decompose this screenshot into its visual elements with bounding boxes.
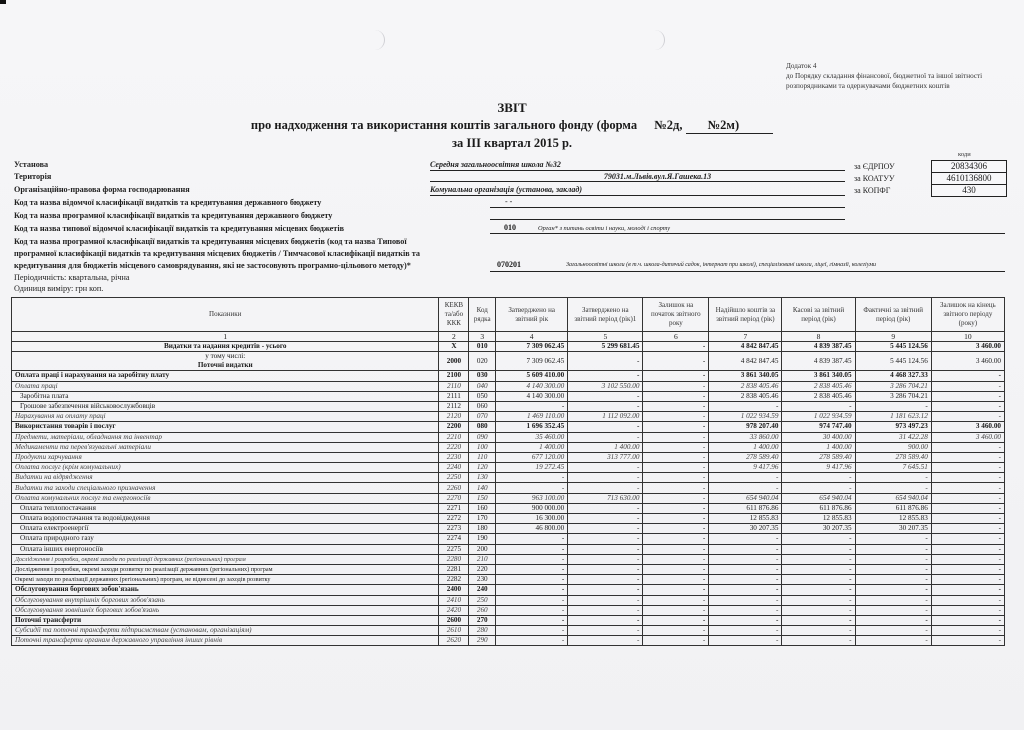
row-value-c5: - bbox=[568, 352, 643, 371]
institution-label: Установа bbox=[14, 160, 48, 169]
table-row: Обслуговування боргових зобов'язань24002… bbox=[12, 585, 1005, 595]
row-value-c4: - bbox=[496, 401, 568, 411]
row-value-c4: 1 469 110.00 bbox=[496, 412, 568, 422]
institution-value: Середня загальноосвітня школа №32 bbox=[430, 159, 845, 171]
row-indicator-name: Поточні трансферти органам державного уп… bbox=[12, 636, 439, 646]
row-value-c7: - bbox=[709, 483, 782, 493]
punch-hole-mark bbox=[370, 30, 385, 50]
row-value-c5: - bbox=[568, 544, 643, 554]
row-value-c5: - bbox=[568, 554, 643, 564]
row-value-c8: 2 838 405.46 bbox=[782, 391, 855, 401]
column-index: 7 bbox=[709, 332, 782, 342]
row-value-c7: - bbox=[709, 534, 782, 544]
row-value-c6: - bbox=[643, 595, 709, 605]
row-code: 250 bbox=[469, 595, 496, 605]
row-value-c7: 654 940.04 bbox=[709, 493, 782, 503]
row-value-c8: - bbox=[782, 544, 855, 554]
row-value-c9: - bbox=[855, 564, 931, 574]
column-index: 10 bbox=[931, 332, 1004, 342]
row-value-c9: 278 589.40 bbox=[855, 452, 931, 462]
unit-of-measure: Одиниця виміру: грн коп. bbox=[14, 284, 103, 293]
territory-value: 79031.м.Львів.вул.Я.Гашека.13 bbox=[430, 171, 845, 182]
row-indicator-name: Дослідження і розробки, окремі заходи по… bbox=[12, 554, 439, 564]
row-value-c9: 900.00 bbox=[855, 442, 931, 452]
row-value-c5: - bbox=[568, 514, 643, 524]
row-value-c4: - bbox=[496, 575, 568, 585]
prog-class-label: Код та назва програмної класифікації вид… bbox=[14, 211, 332, 220]
row-value-c5: - bbox=[568, 605, 643, 615]
row-kekv: 2200 bbox=[439, 422, 469, 432]
row-value-c5: - bbox=[568, 371, 643, 381]
row-indicator-name: Видатки на відрядження bbox=[12, 473, 439, 483]
col-row-code-header: Код рядка bbox=[469, 298, 496, 332]
row-value-c6: - bbox=[643, 412, 709, 422]
row-value-c4: - bbox=[496, 595, 568, 605]
table-row: Дослідження і розробки, окремі заходи по… bbox=[12, 554, 1005, 564]
legal-form-value: Комунальна організація (установа, заклад… bbox=[430, 184, 845, 196]
row-indicator-name: Оплата теплопостачання bbox=[12, 503, 439, 513]
row-value-c10: 3 460.00 bbox=[931, 342, 1004, 352]
table-row: Грошове забезпечення військовослужбовців… bbox=[12, 401, 1005, 411]
row-value-c8: - bbox=[782, 575, 855, 585]
report-subtitle-text: про надходження та використання коштів з… bbox=[251, 118, 637, 132]
row-value-c9: 973 497.23 bbox=[855, 422, 931, 432]
row-kekv: 2270 bbox=[439, 493, 469, 503]
kopfg-label: за КОПФГ bbox=[854, 186, 890, 195]
row-code: 090 bbox=[469, 432, 496, 442]
row-value-c4: 7 309 062.45 bbox=[496, 342, 568, 352]
row-indicator-name: Використання товарів і послуг bbox=[12, 422, 439, 432]
row-kekv: 2610 bbox=[439, 626, 469, 636]
row-value-c7: 611 876.86 bbox=[709, 503, 782, 513]
row-value-c10: - bbox=[931, 615, 1004, 625]
row-indicator-name: Грошове забезпечення військовослужбовців bbox=[12, 401, 439, 411]
row-value-c5: 5 299 681.45 bbox=[568, 342, 643, 352]
row-value-c4: 5 609 410.00 bbox=[496, 371, 568, 381]
row-value-c8: - bbox=[782, 401, 855, 411]
table-index-row: 12345678910 bbox=[12, 332, 1005, 342]
row-code: 160 bbox=[469, 503, 496, 513]
col-approved-period-header: Затверджено на звітний період (рік)1 bbox=[568, 298, 643, 332]
row-value-c6: - bbox=[643, 442, 709, 452]
report-table: ПоказникиКЕКВ та/або ККККод рядкаЗатверд… bbox=[11, 297, 1005, 646]
row-kekv: 2273 bbox=[439, 524, 469, 534]
table-row: Дослідження і розробки, окремі заходи ро… bbox=[12, 564, 1005, 574]
column-index: 2 bbox=[439, 332, 469, 342]
row-value-c4: 19 272.45 bbox=[496, 463, 568, 473]
row-value-c4: - bbox=[496, 473, 568, 483]
row-value-c9: 31 422.28 bbox=[855, 432, 931, 442]
row-value-c10: - bbox=[931, 605, 1004, 615]
row-value-c8: 1 022 934.59 bbox=[782, 412, 855, 422]
row-value-c8: 12 855.83 bbox=[782, 514, 855, 524]
row-value-c6: - bbox=[643, 342, 709, 352]
row-value-c6: - bbox=[643, 401, 709, 411]
report-period: за III квартал 2015 р. bbox=[0, 136, 1024, 151]
report-title: ЗВІТ bbox=[0, 100, 1024, 116]
row-value-c6: - bbox=[643, 615, 709, 625]
row-value-c4: - bbox=[496, 626, 568, 636]
row-value-c8: 1 400.00 bbox=[782, 442, 855, 452]
row-kekv: 2220 bbox=[439, 442, 469, 452]
local-prog-label-3: кредитування для бюджетів місцевого само… bbox=[14, 261, 411, 270]
column-index: 5 bbox=[568, 332, 643, 342]
row-kekv: 2275 bbox=[439, 544, 469, 554]
row-value-c9: 3 286 704.21 bbox=[855, 381, 931, 391]
row-value-c9: - bbox=[855, 473, 931, 483]
row-indicator-name: Видатки та заходи спеціального призначен… bbox=[12, 483, 439, 493]
row-value-c8: - bbox=[782, 585, 855, 595]
row-value-c6: - bbox=[643, 391, 709, 401]
column-index: 9 bbox=[855, 332, 931, 342]
row-value-c7: 12 855.83 bbox=[709, 514, 782, 524]
row-value-c6: - bbox=[643, 524, 709, 534]
row-value-c10: - bbox=[931, 564, 1004, 574]
typical-dept-label: Код та назва типової відомчої класифікац… bbox=[14, 224, 344, 233]
row-value-c8: - bbox=[782, 483, 855, 493]
dept-class-line bbox=[490, 207, 845, 208]
row-value-c10: - bbox=[931, 452, 1004, 462]
row-value-c10: - bbox=[931, 442, 1004, 452]
row-value-c9: 30 207.35 bbox=[855, 524, 931, 534]
row-value-c7: 1 400.00 bbox=[709, 442, 782, 452]
row-indicator-name: Оплата праці bbox=[12, 381, 439, 391]
row-value-c8: 4 839 387.45 bbox=[782, 342, 855, 352]
row-value-c5: 313 777.00 bbox=[568, 452, 643, 462]
row-code: 260 bbox=[469, 605, 496, 615]
territory-label: Територія bbox=[14, 172, 51, 181]
table-row: Субсидії та поточні трансферти підприємс… bbox=[12, 626, 1005, 636]
row-value-c8: 654 940.04 bbox=[782, 493, 855, 503]
row-value-c9: 654 940.04 bbox=[855, 493, 931, 503]
row-value-c6: - bbox=[643, 636, 709, 646]
koatuu-label: за КОАТУУ bbox=[854, 174, 895, 183]
row-value-c5: - bbox=[568, 401, 643, 411]
row-value-c7: 1 022 934.59 bbox=[709, 412, 782, 422]
table-header-row: ПоказникиКЕКВ та/або ККККод рядкаЗатверд… bbox=[12, 298, 1005, 332]
row-code: 290 bbox=[469, 636, 496, 646]
column-index: 4 bbox=[496, 332, 568, 342]
row-indicator-name: Обслуговування внутрішніх боргових зобов… bbox=[12, 595, 439, 605]
row-kekv: 2274 bbox=[439, 534, 469, 544]
legal-form-label: Організаційно-правова форма господарюван… bbox=[14, 185, 190, 194]
row-code: 060 bbox=[469, 401, 496, 411]
row-kekv: 2620 bbox=[439, 636, 469, 646]
row-value-c6: - bbox=[643, 463, 709, 473]
row-kekv: 2281 bbox=[439, 564, 469, 574]
row-value-c5: - bbox=[568, 473, 643, 483]
row-indicator-name: Видатки та надання кредитів - усього bbox=[12, 342, 439, 352]
row-value-c6: - bbox=[643, 432, 709, 442]
row-value-c10: - bbox=[931, 483, 1004, 493]
row-kekv: 2400 bbox=[439, 585, 469, 595]
row-value-c4: 900 000.00 bbox=[496, 503, 568, 513]
row-value-c10: - bbox=[931, 524, 1004, 534]
col-balance-start-header: Залишок на початок звітного року bbox=[643, 298, 709, 332]
row-value-c5: - bbox=[568, 483, 643, 493]
row-value-c9: 3 286 704.21 bbox=[855, 391, 931, 401]
row-name-main: Поточні видатки bbox=[15, 361, 435, 370]
row-value-c5: 1 400.00 bbox=[568, 442, 643, 452]
col-kekv-header: КЕКВ та/або ККК bbox=[439, 298, 469, 332]
row-value-c4: - bbox=[496, 636, 568, 646]
row-value-c6: - bbox=[643, 605, 709, 615]
row-kekv: 2112 bbox=[439, 401, 469, 411]
local-prog-desc: Загальноосвітні школи (в т.ч. школа-дитя… bbox=[566, 262, 876, 268]
row-value-c9: - bbox=[855, 575, 931, 585]
row-value-c6: - bbox=[643, 483, 709, 493]
row-code: 040 bbox=[469, 381, 496, 391]
row-value-c10: - bbox=[931, 371, 1004, 381]
row-kekv: 2210 bbox=[439, 432, 469, 442]
row-value-c4: 1 400.00 bbox=[496, 442, 568, 452]
codes-title: коди bbox=[958, 151, 971, 158]
row-value-c4: 16 300.00 bbox=[496, 514, 568, 524]
row-value-c4: - bbox=[496, 554, 568, 564]
row-code: 210 bbox=[469, 554, 496, 564]
row-value-c10: - bbox=[931, 554, 1004, 564]
row-code: 280 bbox=[469, 626, 496, 636]
row-value-c5: - bbox=[568, 534, 643, 544]
table-row: Обслуговування зовнішніх боргових зобов'… bbox=[12, 605, 1005, 615]
row-value-c9: - bbox=[855, 636, 931, 646]
col-cash-header: Касові за звітний період (рік) bbox=[782, 298, 855, 332]
row-value-c5: - bbox=[568, 575, 643, 585]
table-row: Оплата водопостачання та водовідведення2… bbox=[12, 514, 1005, 524]
local-prog-label-1: Код та назва програмної класифікації вид… bbox=[14, 237, 407, 246]
row-value-c4: 35 460.00 bbox=[496, 432, 568, 442]
row-value-c9: - bbox=[855, 401, 931, 411]
row-code: 170 bbox=[469, 514, 496, 524]
row-value-c4: - bbox=[496, 615, 568, 625]
row-value-c8: 974 747.40 bbox=[782, 422, 855, 432]
row-value-c6: - bbox=[643, 371, 709, 381]
table-row: у тому числі:Поточні видатки20000207 309… bbox=[12, 352, 1005, 371]
row-value-c10: - bbox=[931, 412, 1004, 422]
annex-note: Додаток 4 до Порядку складання фінансово… bbox=[786, 61, 982, 91]
row-kekv: X bbox=[439, 342, 469, 352]
row-value-c5: - bbox=[568, 463, 643, 473]
row-value-c10: 3 460.00 bbox=[931, 352, 1004, 371]
row-value-c10: - bbox=[931, 585, 1004, 595]
prog-class-line bbox=[490, 219, 845, 220]
row-code: 110 bbox=[469, 452, 496, 462]
row-code: 100 bbox=[469, 442, 496, 452]
row-value-c8: 3 861 340.05 bbox=[782, 371, 855, 381]
row-value-c9: - bbox=[855, 615, 931, 625]
annex-line: розпорядниками та одержувачами бюджетних… bbox=[786, 81, 982, 91]
row-indicator-name: Оплата праці і нарахування на заробітну … bbox=[12, 371, 439, 381]
row-kekv: 2260 bbox=[439, 483, 469, 493]
row-kekv: 2240 bbox=[439, 463, 469, 473]
row-value-c7: - bbox=[709, 544, 782, 554]
row-value-c5: - bbox=[568, 615, 643, 625]
row-kekv: 2282 bbox=[439, 575, 469, 585]
local-prog-line bbox=[490, 271, 1005, 272]
row-value-c9: - bbox=[855, 595, 931, 605]
table-row: Використання товарів і послуг22000801 69… bbox=[12, 422, 1005, 432]
form-number-1: №2д, bbox=[654, 118, 682, 133]
row-code: 270 bbox=[469, 615, 496, 625]
table-row: Оплата природного газу2274190------- bbox=[12, 534, 1005, 544]
row-value-c10: - bbox=[931, 401, 1004, 411]
row-value-c4: 46 800.00 bbox=[496, 524, 568, 534]
row-value-c9: 1 181 623.12 bbox=[855, 412, 931, 422]
row-value-c8: - bbox=[782, 605, 855, 615]
row-code: 140 bbox=[469, 483, 496, 493]
row-value-c8: 2 838 405.46 bbox=[782, 381, 855, 391]
row-indicator-name: Оплата природного газу bbox=[12, 534, 439, 544]
row-indicator-name: Обслуговування боргових зобов'язань bbox=[12, 585, 439, 595]
row-kekv: 2272 bbox=[439, 514, 469, 524]
row-value-c4: 7 309 062.45 bbox=[496, 352, 568, 371]
row-value-c10: - bbox=[931, 636, 1004, 646]
row-value-c8: - bbox=[782, 554, 855, 564]
row-value-c10: - bbox=[931, 473, 1004, 483]
row-value-c7: 33 860.00 bbox=[709, 432, 782, 442]
row-value-c7: - bbox=[709, 615, 782, 625]
row-code: 190 bbox=[469, 534, 496, 544]
row-value-c6: - bbox=[643, 544, 709, 554]
annex-line: до Порядку складання фінансової, бюджетн… bbox=[786, 71, 982, 81]
table-row: Оплата праці21100404 140 300.003 102 550… bbox=[12, 381, 1005, 391]
row-value-c8: 9 417.96 bbox=[782, 463, 855, 473]
row-value-c9: - bbox=[855, 483, 931, 493]
row-value-c6: - bbox=[643, 585, 709, 595]
row-value-c4: - bbox=[496, 564, 568, 574]
row-value-c8: - bbox=[782, 534, 855, 544]
row-value-c4: 1 696 352.45 bbox=[496, 422, 568, 432]
table-row: Обслуговування внутрішніх боргових зобов… bbox=[12, 595, 1005, 605]
table-row: Поточні трансферти2600270------- bbox=[12, 615, 1005, 625]
row-value-c8: 30 400.00 bbox=[782, 432, 855, 442]
row-kekv: 2280 bbox=[439, 554, 469, 564]
row-code: 120 bbox=[469, 463, 496, 473]
table-row: Продукти харчування2230110677 120.00313 … bbox=[12, 452, 1005, 462]
row-value-c4: - bbox=[496, 483, 568, 493]
col-received-header: Надійшло коштів за звітний період (рік) bbox=[709, 298, 782, 332]
scan-corner-mark bbox=[0, 0, 6, 4]
row-indicator-name: Предмети, матеріали, обладнання та інвен… bbox=[12, 432, 439, 442]
table-row: Оплата електроенергії227318046 800.00--3… bbox=[12, 524, 1005, 534]
row-value-c4: 4 140 300.00 bbox=[496, 391, 568, 401]
row-value-c4: - bbox=[496, 534, 568, 544]
row-indicator-name: Оплата послуг (крім комунальних) bbox=[12, 463, 439, 473]
row-value-c4: 4 140 300.00 bbox=[496, 381, 568, 391]
row-value-c5: - bbox=[568, 585, 643, 595]
row-value-c7: 4 842 847.45 bbox=[709, 342, 782, 352]
row-value-c5: - bbox=[568, 422, 643, 432]
row-value-c5: - bbox=[568, 503, 643, 513]
typical-dept-code: 010 bbox=[504, 223, 516, 232]
row-value-c7: - bbox=[709, 575, 782, 585]
row-value-c9: 611 876.86 bbox=[855, 503, 931, 513]
row-indicator-name: Продукти харчування bbox=[12, 452, 439, 462]
row-value-c10: 3 460.00 bbox=[931, 432, 1004, 442]
column-index: 3 bbox=[469, 332, 496, 342]
form-number-2: №2м) bbox=[686, 118, 774, 134]
row-value-c8: 611 876.86 bbox=[782, 503, 855, 513]
row-value-c8: 278 589.40 bbox=[782, 452, 855, 462]
periodicity: Періодичність: квартальна, річна bbox=[14, 273, 130, 282]
row-kekv: 2120 bbox=[439, 412, 469, 422]
row-value-c7: - bbox=[709, 401, 782, 411]
table-row: Нарахування на оплату праці21200701 469 … bbox=[12, 412, 1005, 422]
row-value-c7: 978 207.40 bbox=[709, 422, 782, 432]
row-value-c6: - bbox=[643, 422, 709, 432]
row-value-c7: 9 417.96 bbox=[709, 463, 782, 473]
table-row: Заробітна плата21110504 140 300.00--2 83… bbox=[12, 391, 1005, 401]
row-value-c10: - bbox=[931, 575, 1004, 585]
row-value-c10: - bbox=[931, 595, 1004, 605]
row-value-c6: - bbox=[643, 575, 709, 585]
row-value-c6: - bbox=[643, 493, 709, 503]
row-kekv: 2230 bbox=[439, 452, 469, 462]
row-code: 240 bbox=[469, 585, 496, 595]
kopfg-code: 430 bbox=[931, 184, 1007, 197]
row-value-c7: 3 861 340.05 bbox=[709, 371, 782, 381]
row-value-c10: - bbox=[931, 626, 1004, 636]
table-row: Видатки на відрядження2250130------- bbox=[12, 473, 1005, 483]
row-value-c9: - bbox=[855, 605, 931, 615]
row-kekv: 2250 bbox=[439, 473, 469, 483]
row-value-c5: 713 630.00 bbox=[568, 493, 643, 503]
row-value-c7: 278 589.40 bbox=[709, 452, 782, 462]
col-actual-header: Фактичні за звітний період (рік) bbox=[855, 298, 931, 332]
row-value-c4: 677 120.00 bbox=[496, 452, 568, 462]
edrpou-label: за ЄДРПОУ bbox=[854, 162, 895, 171]
row-value-c10: - bbox=[931, 514, 1004, 524]
row-value-c4: 963 100.00 bbox=[496, 493, 568, 503]
row-value-c8: - bbox=[782, 564, 855, 574]
row-kekv: 2420 bbox=[439, 605, 469, 615]
row-value-c9: - bbox=[855, 534, 931, 544]
row-value-c6: - bbox=[643, 452, 709, 462]
row-value-c4: - bbox=[496, 605, 568, 615]
row-value-c4: - bbox=[496, 585, 568, 595]
dept-class-value: - - bbox=[505, 197, 512, 206]
row-value-c7: - bbox=[709, 605, 782, 615]
row-value-c7: - bbox=[709, 636, 782, 646]
row-value-c9: 5 445 124.56 bbox=[855, 342, 931, 352]
table-row: Оплата теплопостачання2271160900 000.00-… bbox=[12, 503, 1005, 513]
table-row: Оплата послуг (крім комунальних)22401201… bbox=[12, 463, 1005, 473]
row-code: 220 bbox=[469, 564, 496, 574]
table-row: Поточні трансферти органам державного уп… bbox=[12, 636, 1005, 646]
row-code: 030 bbox=[469, 371, 496, 381]
row-value-c9: 12 855.83 bbox=[855, 514, 931, 524]
row-indicator-name: Оплата водопостачання та водовідведення bbox=[12, 514, 439, 524]
row-value-c10: - bbox=[931, 381, 1004, 391]
table-row: Оплата інших енергоносіїв2275200------- bbox=[12, 544, 1005, 554]
report-subtitle: про надходження та використання коштів з… bbox=[0, 118, 1024, 134]
row-value-c7: - bbox=[709, 554, 782, 564]
dept-class-label: Код та назва відомчої класифікації видат… bbox=[14, 198, 321, 207]
row-value-c9: 5 445 124.56 bbox=[855, 352, 931, 371]
row-indicator-name: Поточні трансферти bbox=[12, 615, 439, 625]
col-balance-end-header: Залишок на кінець звітного періоду (року… bbox=[931, 298, 1004, 332]
row-value-c5: - bbox=[568, 636, 643, 646]
row-code: 080 bbox=[469, 422, 496, 432]
column-index: 1 bbox=[12, 332, 439, 342]
row-indicator-name: Обслуговування зовнішніх боргових зобов'… bbox=[12, 605, 439, 615]
row-value-c7: 2 838 405.46 bbox=[709, 381, 782, 391]
row-indicator-name: Субсидії та поточні трансферти підприємс… bbox=[12, 626, 439, 636]
col-indicators-header: Показники bbox=[12, 298, 439, 332]
row-value-c5: - bbox=[568, 595, 643, 605]
row-value-c5: - bbox=[568, 432, 643, 442]
row-code: 200 bbox=[469, 544, 496, 554]
